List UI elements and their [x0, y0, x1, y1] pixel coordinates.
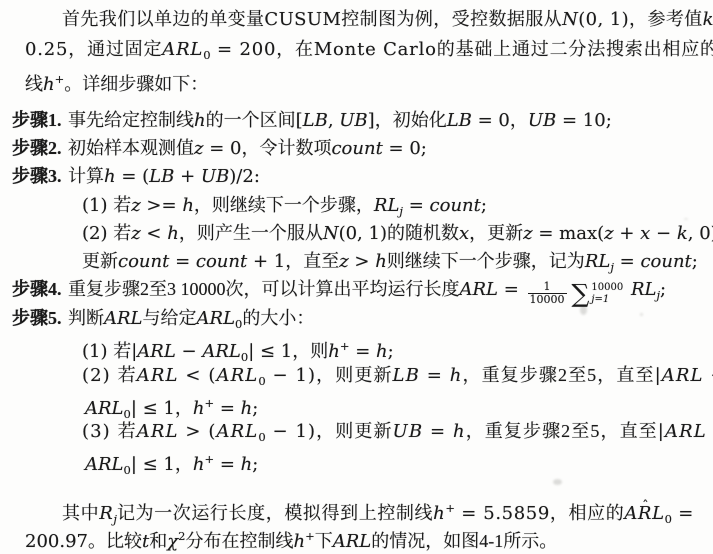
step3-text: 计算h = (LB + UB)/2:	[68, 165, 260, 188]
scan-smudge	[640, 313, 643, 316]
step1-text: 事先给定控制线h的一个区间[LB, UB]，初始化LB = 0，UB = 10;	[68, 109, 612, 132]
step5-item-3: (3) 若ARL > (ARL0 − 1)，则更新UB = h，重复步骤2至5，…	[82, 420, 713, 449]
step3-label: 步骤3.	[12, 165, 62, 188]
step3-item-2-cont: 更新count = count + 1，直至z > h则继续下一个步骤，记为RL…	[82, 250, 698, 279]
step4-label: 步骤4.	[12, 278, 62, 301]
scan-smudge	[684, 218, 688, 220]
step3-item-2: (2) 若z < h，则产生一个服从N(0, 1)的随机数x，更新z = max…	[82, 222, 713, 245]
intro-line-2: 0.25，通过固定ARL0 = 200，在Monte Carlo的基础上通过二分…	[25, 38, 713, 67]
step5-label: 步骤5.	[12, 307, 62, 330]
step2-label: 步骤2.	[12, 137, 62, 160]
step1-label: 步骤1.	[12, 109, 62, 132]
step4-text: 重复步骤2至3 10000次，可以计算出平均运行长度ARL = 110000∑1…	[68, 278, 666, 307]
fraction: 110000	[528, 281, 567, 306]
step5-text: 判断ARL与给定ARL0的大小：	[68, 307, 314, 336]
intro-line-1: 首先我们以单边的单变量CUSUM控制图为例，受控数据服从N(0, 1)，参考值k…	[62, 8, 713, 31]
scan-smudge	[553, 479, 562, 485]
summation-symbol: ∑10000j=1	[572, 281, 624, 306]
step5-item-3-cont: ARL0| ≤ 1，h+ = h;	[85, 448, 258, 482]
closing-line-2: 200.97。比较t和χ2分布在控制线h+下ARL的情况，如图4-1所示。	[25, 525, 557, 553]
hat-accented-letter: Rˆ	[638, 502, 652, 525]
intro-line-3: 线h+。详细步骤如下：	[25, 68, 208, 96]
step5-item-2: (2) 若ARL < (ARL0 − 1)，则更新LB = h，重复步骤2至5，…	[82, 364, 713, 393]
step2-text: 初始样本观测值z = 0，令计数项count = 0;	[68, 137, 427, 160]
scanned-document-page: 首先我们以单边的单变量CUSUM控制图为例，受控数据服从N(0, 1)，参考值k…	[0, 0, 713, 554]
step3-item-1: (1) 若z >= h，则继续下一个步骤，RLj = count;	[82, 194, 487, 223]
